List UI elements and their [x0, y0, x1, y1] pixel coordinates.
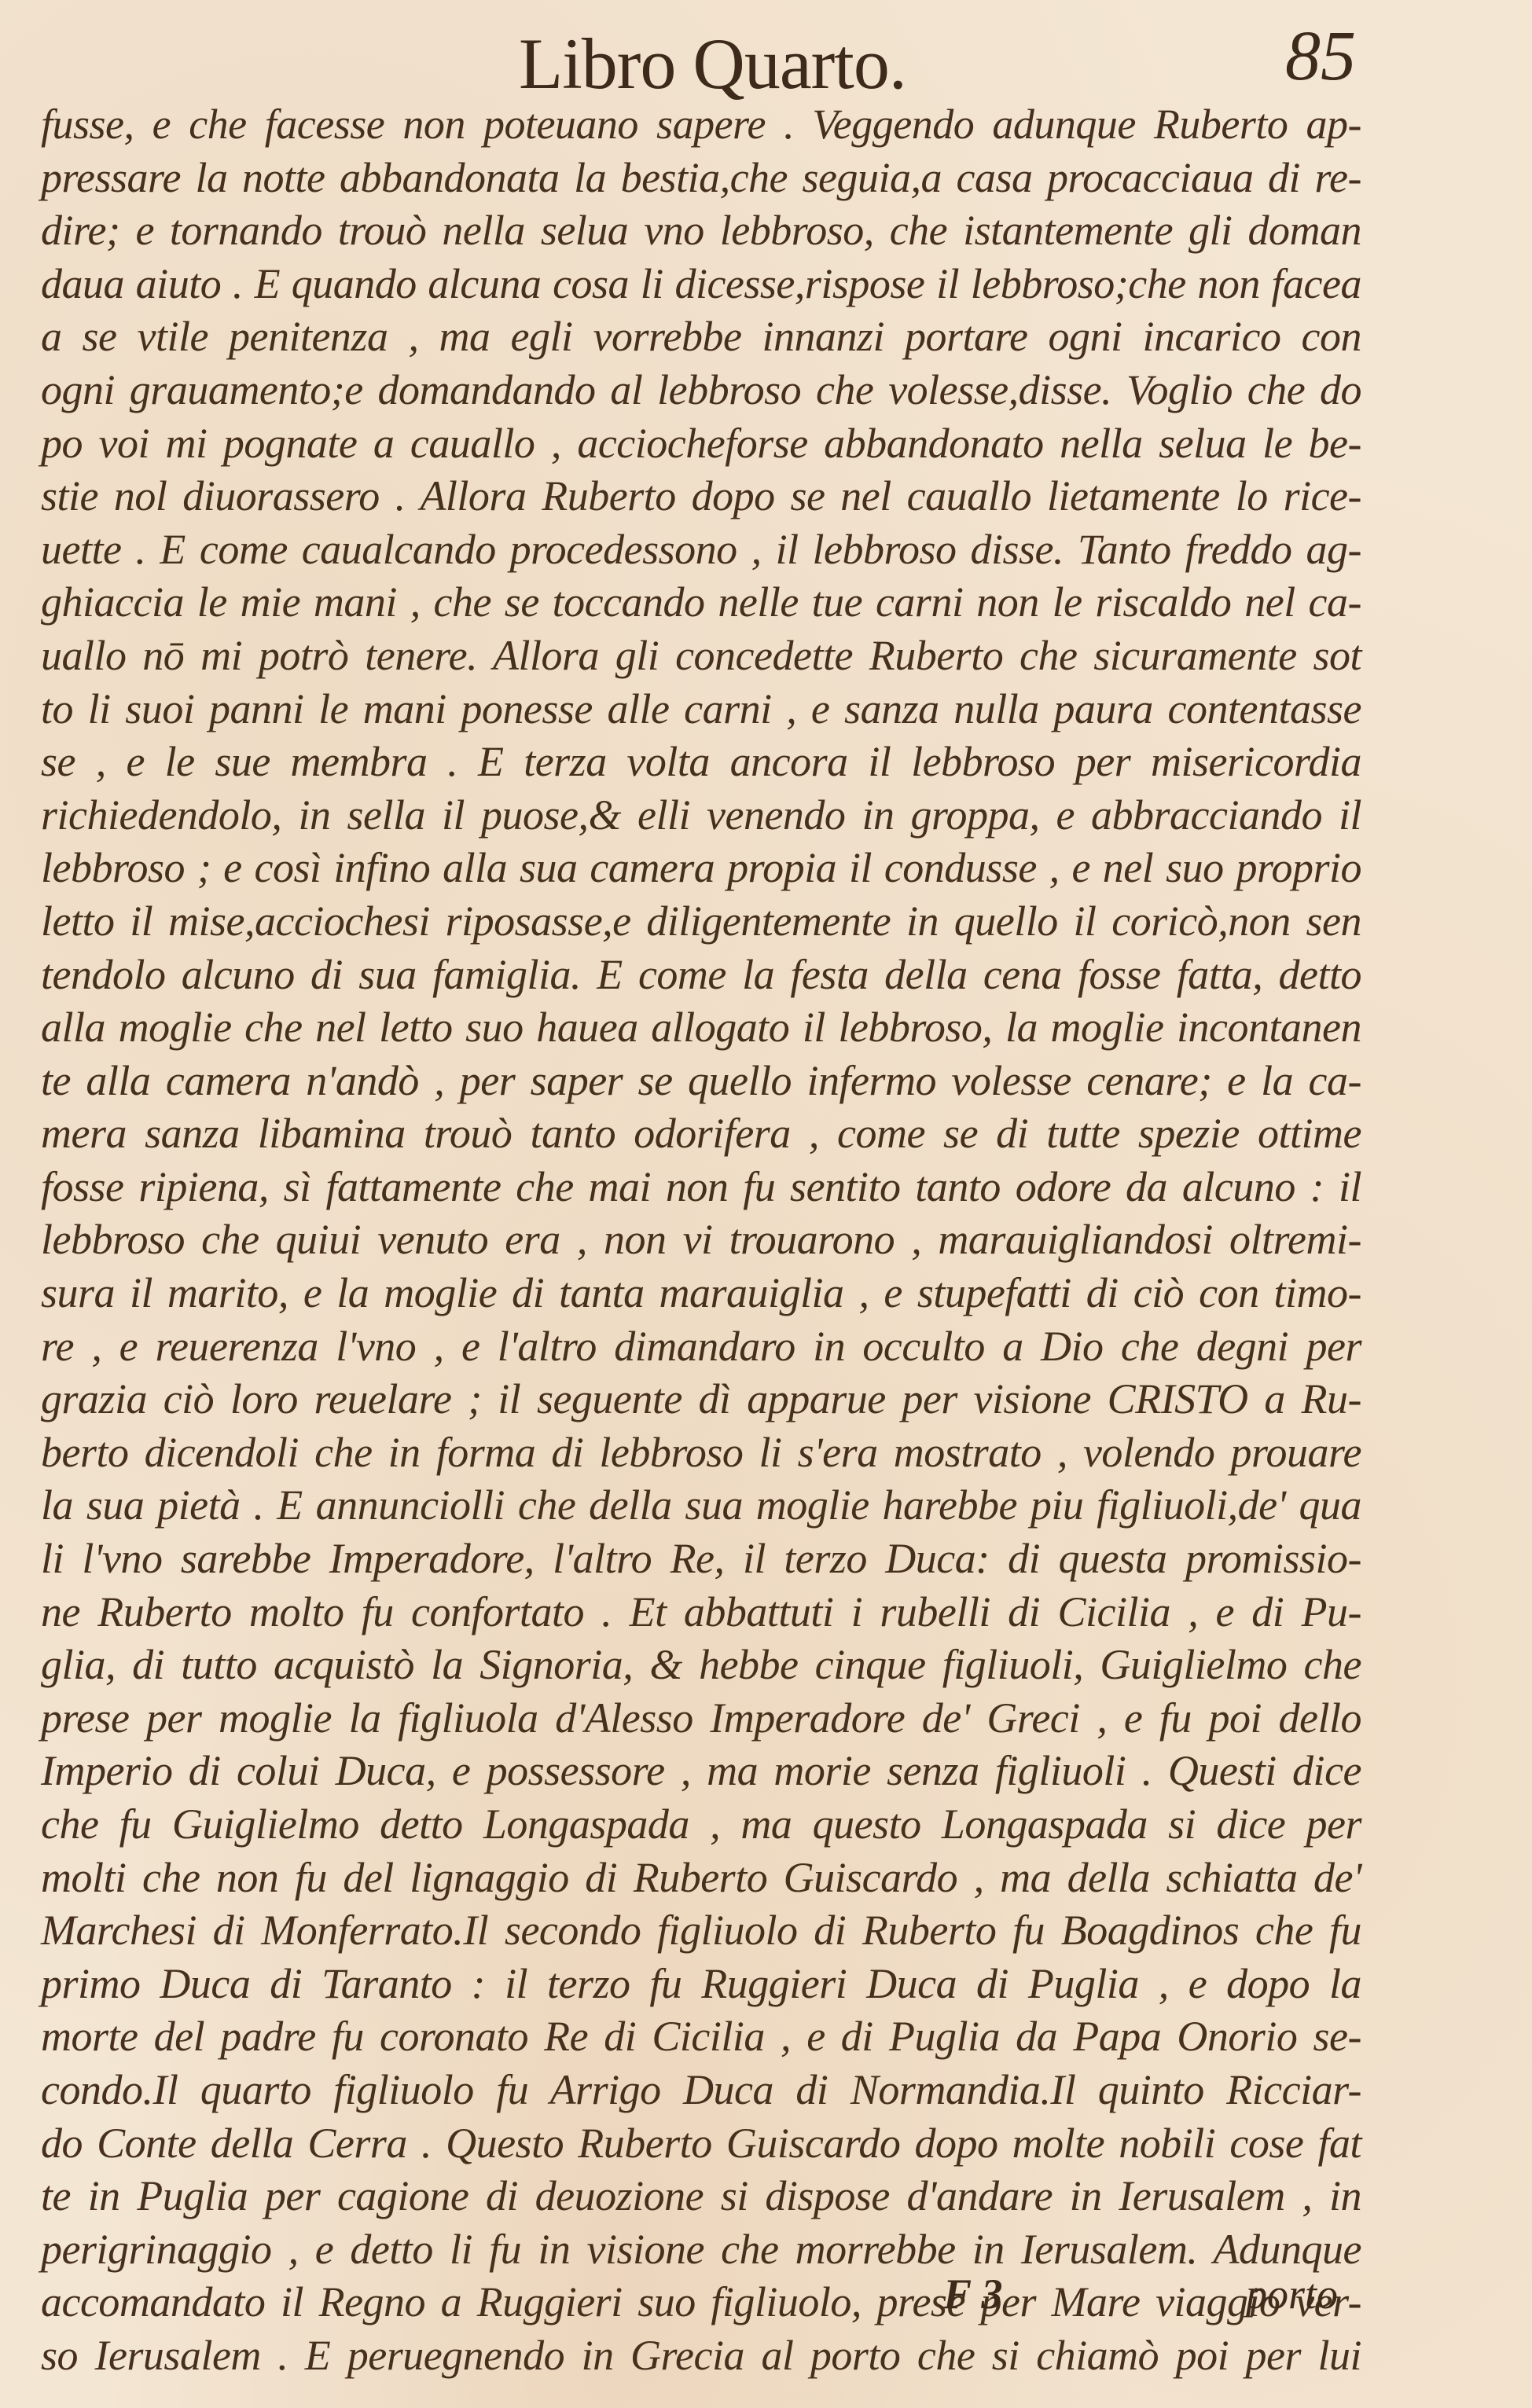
text-line: che fu Guiglielmo detto Longaspada , ma … [41, 1798, 1361, 1852]
text-line: daua aiuto . E quando alcuna cosa li dic… [41, 258, 1361, 311]
text-line: primo Duca di Taranto : il terzo fu Rugg… [41, 1958, 1361, 2011]
text-line: li l'vno sarebbe Imperadore, l'altro Re,… [41, 1533, 1361, 1586]
text-line: do Conte della Cerra . Questo Ruberto Gu… [41, 2117, 1361, 2171]
text-line: fusse, e che facesse non poteuano sapere… [41, 98, 1361, 152]
catchword: porto [1246, 2270, 1338, 2318]
text-line: ne Ruberto molto fu confortato . Et abba… [41, 1586, 1361, 1639]
text-line: so Ierusalem . E peruegnendo in Grecia a… [41, 2329, 1361, 2383]
text-line: ghiaccia le mie mani , che se toccando n… [41, 576, 1361, 630]
text-line: a se vtile penitenza , ma egli vorrebbe … [41, 310, 1361, 364]
text-line: grazia ciò loro reuelare ; il seguente d… [41, 1373, 1361, 1426]
text-line: to li suoi panni le mani ponesse alle ca… [41, 683, 1361, 736]
text-line: berto dicendoli che in forma di lebbroso… [41, 1426, 1361, 1480]
text-line: fosse ripiena, sì fattamente che mai non… [41, 1161, 1361, 1214]
text-line: stie nol diuorassero . Allora Ruberto do… [41, 470, 1361, 523]
text-line: molti che non fu del lignaggio di Rubert… [41, 1852, 1361, 1905]
text-line: lebbroso ; e così infino alla sua camera… [41, 842, 1361, 895]
text-line: Imperio di colui Duca, e possessore , ma… [41, 1745, 1361, 1798]
text-line: uette . E come caualcando procedessono ,… [41, 523, 1361, 577]
text-line: morte del padre fu coronato Re di Cicili… [41, 2010, 1361, 2064]
text-line: prese per moglie la figliuola d'Alesso I… [41, 1692, 1361, 1745]
text-line: re , e reuerenza l'vno , e l'altro diman… [41, 1320, 1361, 1374]
text-line: se , e le sue membra . E terza volta anc… [41, 736, 1361, 789]
text-line: glia, di tutto acquistò la Signoria, & h… [41, 1639, 1361, 1692]
body-text: fusse, e che facesse non poteuano sapere… [41, 98, 1361, 2383]
text-line: condo.Il quarto figliuolo fu Arrigo Duca… [41, 2064, 1361, 2117]
text-line: sura il marito, e la moglie di tanta mar… [41, 1267, 1361, 1320]
text-line: alla moglie che nel letto suo hauea allo… [41, 1001, 1361, 1055]
text-line: dire; e tornando trouò nella selua vno l… [41, 204, 1361, 258]
signature-mark: F 3 [943, 2270, 1003, 2318]
text-line: ogni grauamento;e domandando al lebbroso… [41, 364, 1361, 417]
running-head: Libro Quarto. [519, 22, 906, 105]
text-line: pressare la notte abbandonata la bestia,… [41, 152, 1361, 205]
text-line: lebbroso che quiui venuto era , non vi t… [41, 1213, 1361, 1267]
text-line: richiedendolo, in sella il puose,& elli … [41, 789, 1361, 842]
page-footer: F 3 porto [0, 2270, 1532, 2325]
page-number: 85 [1285, 16, 1356, 97]
text-line: uallo nō mi potrò tenere. Allora gli con… [41, 630, 1361, 683]
text-line: perigrinaggio , e detto li fu in visione… [41, 2223, 1361, 2277]
text-line: la sua pietà . E annunciolli che della s… [41, 1479, 1361, 1533]
text-line: te alla camera n'andò , per saper se que… [41, 1055, 1361, 1108]
text-line: tendolo alcuno di sua famiglia. E come l… [41, 949, 1361, 1002]
book-page: Libro Quarto. 85 fusse, e che facesse no… [0, 0, 1532, 2408]
text-line: po voi mi pognate a cauallo , acciochefo… [41, 417, 1361, 471]
text-line: mera sanza libamina trouò tanto odorifer… [41, 1107, 1361, 1161]
text-line: te in Puglia per cagione di deuozione si… [41, 2170, 1361, 2223]
text-line: letto il mise,acciochesi riposasse,e dil… [41, 895, 1361, 949]
text-line: Marchesi di Monferrato.Il secondo figliu… [41, 1904, 1361, 1958]
